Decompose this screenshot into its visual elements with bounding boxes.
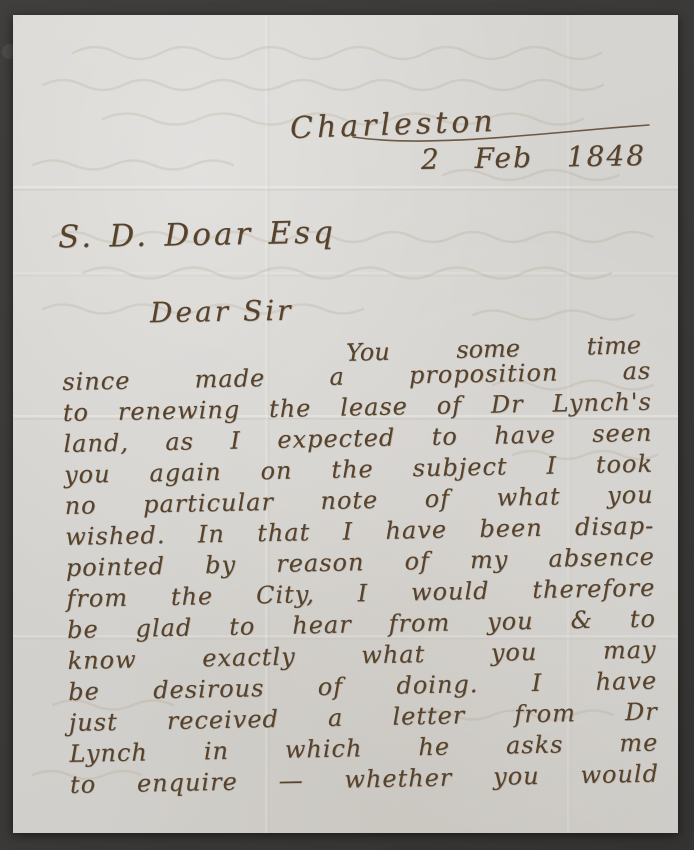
letter-body: since made a proposition as to renewing … <box>62 356 659 801</box>
fold-crease-horizontal <box>13 186 678 191</box>
addressee: S. D. Doar Esq <box>58 215 337 256</box>
dateline-date: 2 Feb 1848 <box>421 139 647 176</box>
fold-crease-horizontal <box>13 272 678 277</box>
letter-page: Charleston 2 Feb 1848 S. D. Doar Esq Dea… <box>13 15 678 833</box>
dateline-place: Charleston <box>289 103 525 146</box>
scan-mount-background: Charleston 2 Feb 1848 S. D. Doar Esq Dea… <box>0 0 694 850</box>
salutation: Dear Sir <box>150 294 301 330</box>
